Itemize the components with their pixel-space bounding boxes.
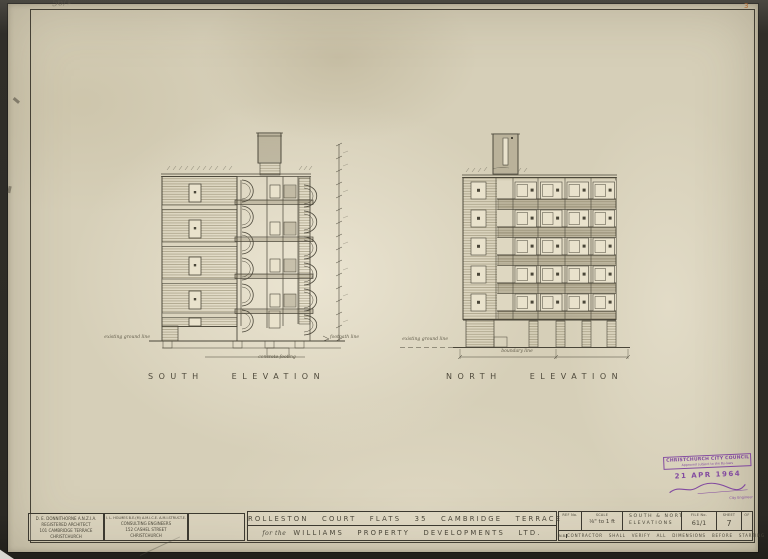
north-elevation-label: NORTH ELEVATION (446, 372, 623, 381)
scale-cell: SCALE ⅛" to 1 ft (581, 512, 622, 530)
note-prefix: N.B. (559, 534, 567, 538)
engineer-city: CHRISTCHURCH (105, 533, 187, 539)
stamp-signature-icon (667, 479, 749, 496)
sheet-value: 7 (726, 519, 731, 528)
file-label: FILE No. (691, 512, 707, 517)
scale-value: ⅛" to 1 ft (589, 519, 615, 525)
contractor-note-strip: N.B. CONTRACTOR SHALL VERIFY ALL DIMENSI… (559, 530, 752, 540)
of-label: OF (744, 512, 749, 517)
architect-box: D. E. DONNITHORNE A.N.Z.I.A. REGISTERED … (28, 513, 104, 541)
project-title: ROLLESTON COURT FLATS 35 CAMBRIDGE TERRA… (248, 512, 556, 526)
south-ground-line-note: existing ground line (94, 336, 150, 341)
spare-box (188, 513, 245, 541)
approval-stamp: CHRISTCHURCH CITY COUNCIL Approved subje… (663, 453, 753, 503)
south-footing-note: concrete footing (242, 356, 312, 361)
ref-label: REF No. (562, 512, 577, 517)
file-number-cell: FILE No. 61/1 (681, 512, 716, 530)
sheet-info-block: REF No. SCALE ⅛" to 1 ft SOUTH & NORTH E… (558, 511, 753, 541)
of-cell: OF (741, 512, 752, 530)
scanned-drawing-sheet: 56/1 3 (0, 0, 768, 559)
north-elevation-drawing (398, 125, 633, 370)
contractor-note: CONTRACTOR SHALL VERIFY ALL DIMENSIONS B… (567, 533, 768, 538)
drawing-title-line2: ELEVATIONS (629, 521, 673, 526)
scale-label: SCALE (596, 512, 608, 517)
stamp-authority-box: CHRISTCHURCH CITY COUNCIL Approved subje… (663, 453, 751, 470)
sheet-number-cell: SHEET 7 (716, 512, 741, 530)
south-elevation-drawing (145, 128, 360, 373)
north-ground-line-note: existing ground line (396, 338, 448, 343)
architect-city: CHRISTCHURCH (29, 534, 103, 540)
corner-page-mark: 3 (744, 2, 748, 10)
client-row: for the WILLIAMS PROPERTY DEVELOPMENTS L… (248, 526, 556, 540)
sheet-info-row: REF No. SCALE ⅛" to 1 ft SOUTH & NORTH E… (559, 512, 752, 530)
drawing-title-line1: SOUTH & NORTH (629, 514, 681, 519)
south-elevation-label: SOUTH ELEVATION (148, 372, 325, 381)
client-name: WILLIAMS PROPERTY DEVELOPMENTS LTD. (293, 529, 541, 537)
project-title-block: ROLLESTON COURT FLATS 35 CAMBRIDGE TERRA… (247, 511, 557, 541)
border-frame (30, 9, 755, 543)
ref-cell: REF No. (559, 512, 581, 530)
sheet-label: SHEET (723, 512, 736, 517)
north-boundary-note: boundary line (488, 350, 546, 355)
client-prefix: for the (262, 530, 286, 537)
engineer-box: I. L. HOLMES B.E.(M) A.M.I.C.E. A.M.I.ST… (104, 513, 188, 541)
file-value: 61/1 (692, 519, 707, 527)
south-footpath-note: footpath line (330, 336, 380, 341)
drawing-title-cell: SOUTH & NORTH ELEVATIONS (622, 512, 681, 530)
